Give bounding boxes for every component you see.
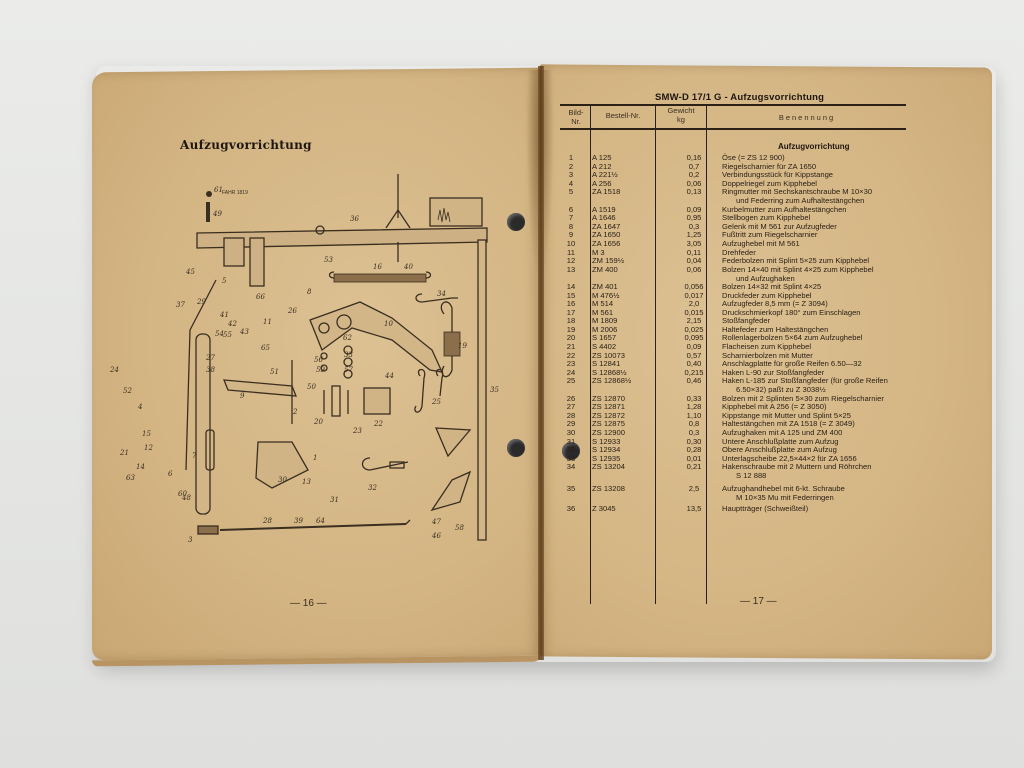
book-spine: [538, 66, 544, 660]
table-row: 5ZA 15180,13Ringmutter mit Sechskantschr…: [556, 187, 916, 204]
punch-hole: [507, 213, 525, 231]
table-row: 36Z 304513,5Hauptträger (Schweißteil): [556, 504, 916, 513]
callout: 11: [263, 318, 272, 326]
callout: 16: [373, 263, 382, 271]
table-row: 24S 12868½0,215Haken L-90 zur Stoßfangfe…: [556, 368, 916, 377]
callout: 49: [213, 210, 222, 218]
header-benennung: Benennung: [708, 113, 906, 122]
callout: 8: [307, 288, 311, 296]
callout: 22: [374, 420, 383, 428]
callout: 21: [120, 449, 129, 457]
callout: 24: [110, 366, 119, 374]
table-row: 31S 129330,30Untere Anschlußplatte zum A…: [556, 437, 916, 446]
callout: 4: [138, 403, 142, 411]
exploded-parts-diagram: [92, 70, 540, 658]
table-row: 14ZM 4010,056Bolzen 14×32 mit Splint 4×2…: [556, 282, 916, 291]
table-row: 18M 18092,15Stoßfangfeder: [556, 316, 916, 325]
callout: 52: [123, 387, 132, 395]
callout: 46: [432, 532, 441, 540]
callout: 25: [432, 398, 441, 406]
table-row: 20S 16570,095Rollenlagerbolzen 5×64 zum …: [556, 333, 916, 342]
table-row: 17M 5610,015Druckschmierkopf 180° zum Ei…: [556, 308, 916, 317]
table-row: 21S 44020,09Flacheisen zum Kipphebel: [556, 342, 916, 351]
callout: 27: [206, 354, 215, 362]
table-row: 10ZA 16563,05Aufzughebel mit M 561: [556, 239, 916, 248]
callout: 50: [307, 383, 316, 391]
callout: 23: [353, 427, 362, 435]
callout: 2: [293, 408, 297, 416]
callout: 9: [240, 392, 244, 400]
callout: 15: [142, 430, 151, 438]
callout: 32: [368, 484, 377, 492]
table-row: 19M 20060,025Haltefeder zum Haltestängch…: [556, 325, 916, 334]
callout: 39: [294, 517, 303, 525]
callout: 59: [316, 366, 325, 374]
callout: 61: [214, 186, 223, 194]
header-bild-nr: Bild- Nr.: [562, 108, 590, 126]
table-row: 2A 2120,7Riegelscharnier für ZA 1650: [556, 162, 916, 171]
callout: 1: [313, 454, 317, 462]
table-row: 23S 128410,40Anschlagplatte für große Re…: [556, 359, 916, 368]
callout: 12: [144, 444, 153, 452]
callout: 42: [228, 320, 237, 328]
header-bestell-nr: Bestell-Nr.: [592, 111, 654, 120]
table-row: 29ZS 128750,8Haltestängchen mit ZA 1518 …: [556, 419, 916, 428]
table-row: 33S 129350,01Unterlagscheibe 22,5×44×2 f…: [556, 454, 916, 463]
page-number-left: — 16 —: [290, 598, 327, 609]
callout: 55: [223, 331, 232, 339]
callout: 30: [278, 476, 287, 484]
callout: 62: [343, 334, 352, 342]
table-row: 27ZS 128711,28Kipphebel mit A 256 (= Z 3…: [556, 402, 916, 411]
callout: 26: [288, 307, 297, 315]
callout: 58: [455, 524, 464, 532]
table-row: 6A 15190,09Kurbelmutter zum Aufhaltestän…: [556, 205, 916, 214]
callout: 20: [314, 418, 323, 426]
table-page-title: SMW-D 17/1 G - Aufzugsvorrichtung: [655, 92, 824, 103]
table-row: 12ZM 159½0,04Federbolzen mit Splint 5×25…: [556, 256, 916, 265]
table-row: 25ZS 12868½0,46Haken L-185 zur Stoßfangf…: [556, 376, 916, 393]
callout: 47: [432, 518, 441, 526]
table-row: 7A 16460,95Stellbogen zum Kipphebel: [556, 213, 916, 222]
callout: 14: [136, 463, 145, 471]
callout: 41: [220, 311, 229, 319]
table-row: 28ZS 128721,10Kippstange mit Mutter und …: [556, 411, 916, 420]
table-row: 30ZS 129000,3Aufzughaken mit A 125 und Z…: [556, 428, 916, 437]
callout: 33: [344, 351, 353, 359]
table-row: 3A 221½0,2Verbindungsstück für Kippstang…: [556, 170, 916, 179]
callout: 19: [458, 342, 467, 350]
table-row: 15M 476½0,017Druckfeder zum Kipphebel: [556, 291, 916, 300]
table-row: 34ZS 132040,21Hakenschraube mit 2 Mutter…: [556, 462, 916, 479]
callout: 13: [302, 478, 311, 486]
callout: 6: [168, 470, 172, 478]
table-row: 13ZM 4000,06Bolzen 14×40 mit Splint 4×25…: [556, 265, 916, 282]
callout: 45: [186, 268, 195, 276]
callout: 38: [206, 366, 215, 374]
callout: 64: [316, 517, 325, 525]
callout: 57: [344, 366, 353, 374]
callout: 5: [222, 277, 226, 285]
callout: 28: [263, 517, 272, 525]
callout: 10: [384, 320, 393, 328]
callout: 65: [261, 344, 270, 352]
section-title: Aufzugvorrichtung: [778, 142, 850, 151]
callout: 35: [490, 386, 499, 394]
table-row: 32S 129340,28Obere Anschlußplatte zum Au…: [556, 445, 916, 454]
diagram-title: Aufzugvorrichtung: [180, 138, 350, 152]
callout: 29: [197, 298, 206, 306]
callout: 34: [437, 290, 446, 298]
callout: 66: [256, 293, 265, 301]
callout: 51: [270, 368, 279, 376]
callout: 36: [350, 215, 359, 223]
table-row: 26ZS 128700,33Bolzen mit 2 Splinten 5×30…: [556, 394, 916, 403]
table-row: 11M 30,11Drehfeder: [556, 248, 916, 257]
callout: 3: [188, 536, 192, 544]
table-row: 22ZS 100730,57Scharnierbolzen mit Mutter: [556, 351, 916, 360]
table-row: 8ZA 16470,3Gelenk mit M 561 zur Aufzugfe…: [556, 222, 916, 231]
callout: 40: [404, 263, 413, 271]
callout: 53: [324, 256, 333, 264]
callout: 31: [330, 496, 339, 504]
table-row: 9ZA 16501,25Fußtritt zum Riegelscharnier: [556, 230, 916, 239]
callout: 56: [314, 356, 323, 364]
punch-hole: [507, 439, 525, 457]
header-gewicht: Gewicht kg: [656, 106, 706, 124]
table-row: 4A 2560,06Doppelriegel zum Kipphebel: [556, 179, 916, 188]
parts-table-body: 1A 1250,16Öse (= ZS 12 900) 2A 2120,7Rie…: [556, 153, 916, 512]
table-top-rule: [560, 104, 906, 106]
callout: 37: [176, 301, 185, 309]
callout: 44: [385, 372, 394, 380]
callout: 63: [126, 474, 135, 482]
table-header-rule: [560, 128, 906, 130]
table-row: 35ZS 132082,5Aufzughandhebel mit 6-kt. S…: [556, 484, 916, 501]
callout: 7: [192, 452, 196, 460]
callout: 48: [182, 494, 191, 502]
diagram-sublabel: FAHR 1819: [222, 190, 248, 196]
table-row: 1A 1250,16Öse (= ZS 12 900): [556, 153, 916, 162]
callout: 43: [240, 328, 249, 336]
table-row: 16M 5142,0Aufzugfeder 8,5 mm (= Z 3094): [556, 299, 916, 308]
page-number-right: — 17 —: [740, 596, 777, 607]
